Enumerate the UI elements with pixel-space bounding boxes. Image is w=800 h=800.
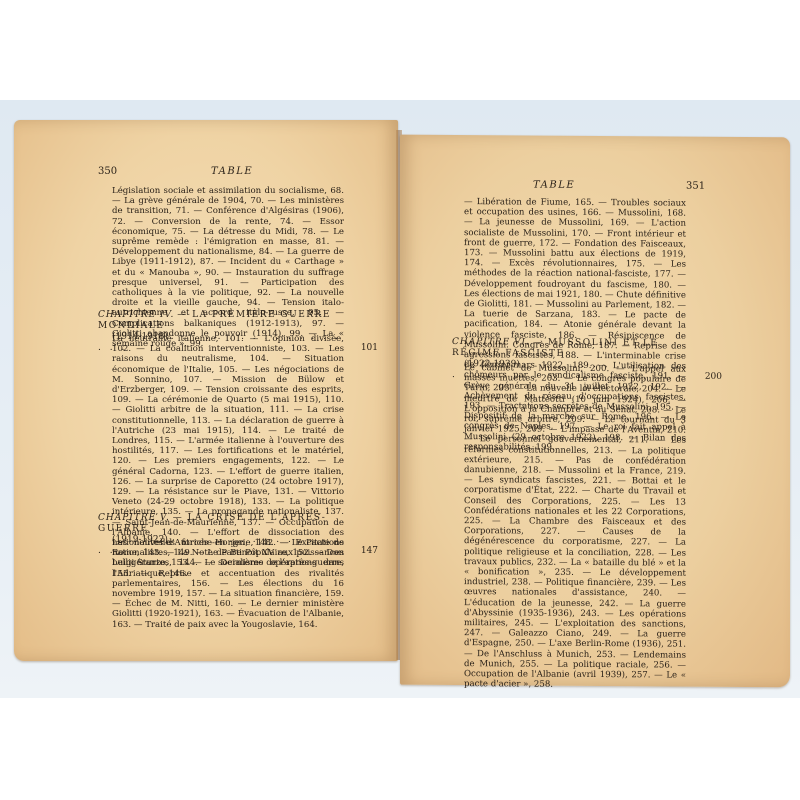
right-page: TABLE 351 — Libération de Fiume, 165. — …: [400, 135, 790, 688]
chapter-summary: Le cabinet de Mussolini, 200. — L'appel …: [464, 363, 686, 691]
running-title: TABLE: [211, 166, 253, 177]
chapter-page-ref: 147: [361, 546, 378, 557]
page-number: 351: [686, 181, 705, 192]
chapter-page-ref: 200: [705, 372, 722, 383]
chapter-page-ref: 101: [361, 343, 378, 354]
left-page: 350 TABLE Législation sociale et assimil…: [14, 120, 398, 661]
chapter-summary: Les nouvelles forces en jeu, 148. — Exci…: [112, 538, 344, 630]
running-title: TABLE: [533, 180, 575, 191]
page-number: 350: [98, 166, 117, 177]
